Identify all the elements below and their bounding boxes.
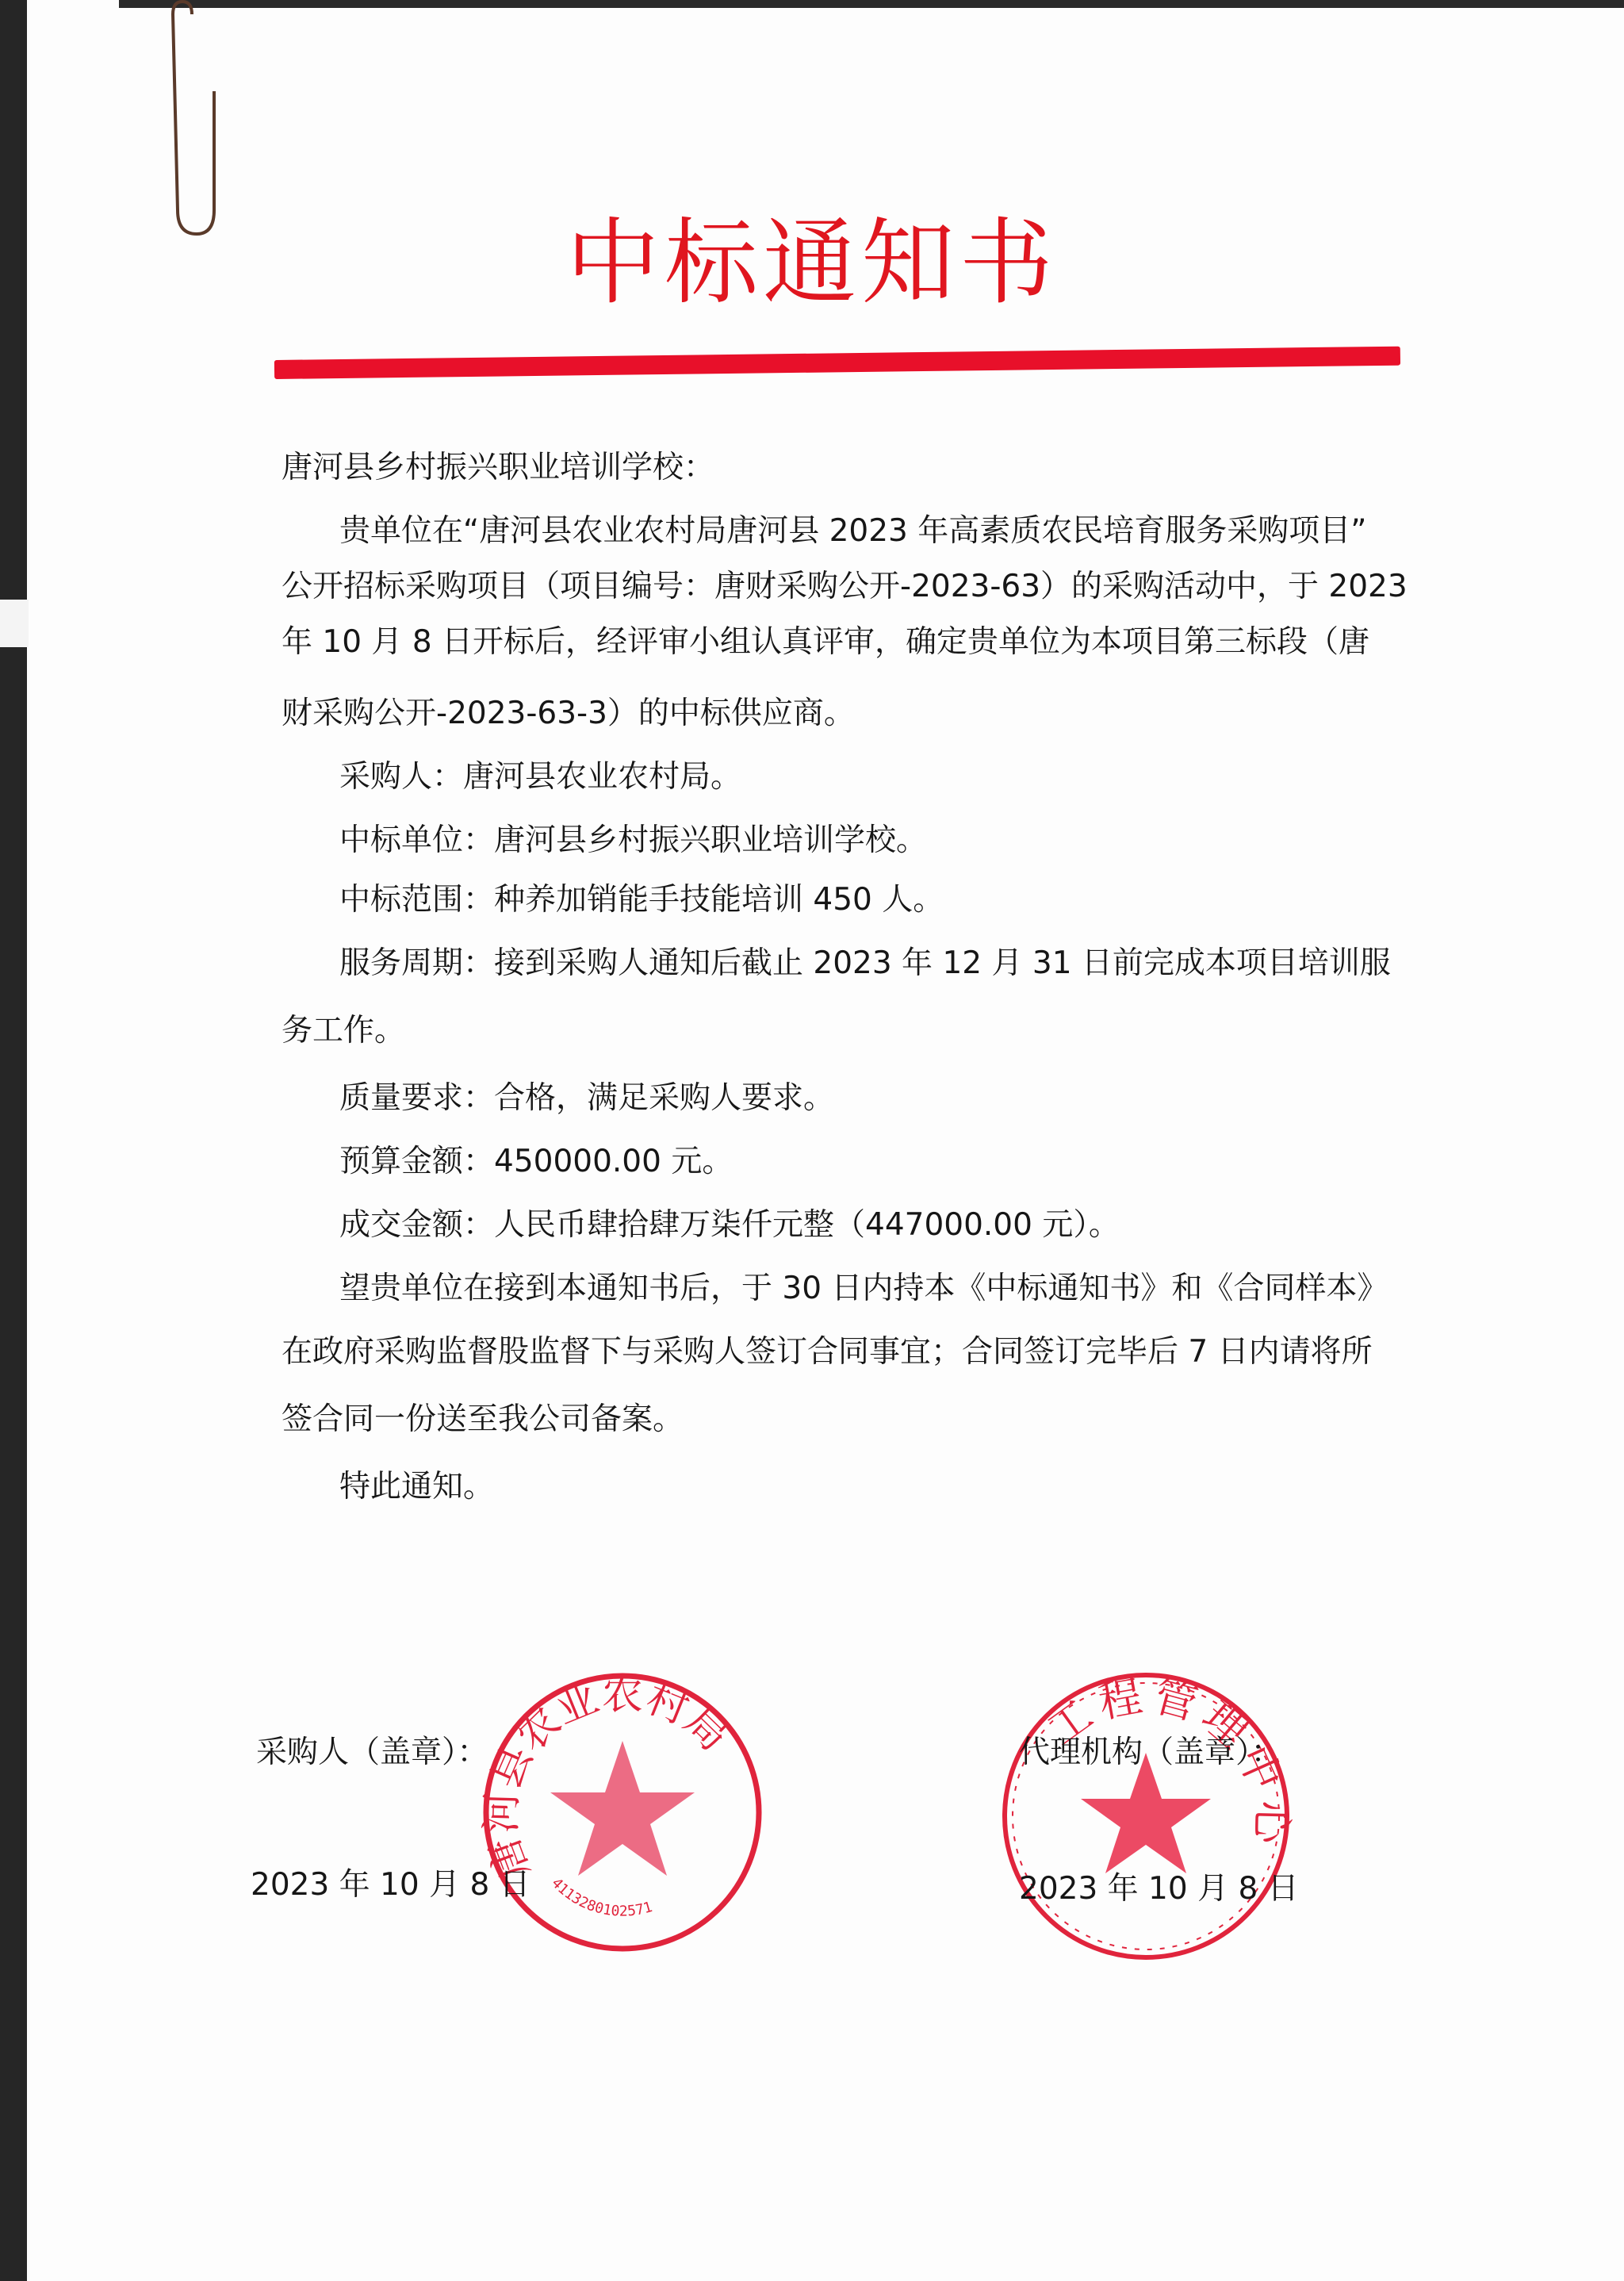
document-title: 中标通知书 (0, 216, 1624, 309)
body-paragraph-line: 贵单位在“唐河县农业农村局唐河县 2023 年高素质农民培育服务采购项目” (339, 516, 1366, 546)
field-label: 预算金额： (339, 1144, 494, 1179)
seal-code: 4113280102571 (548, 1875, 654, 1920)
field-label: 服务周期： (339, 945, 494, 981)
title-divider (274, 347, 1400, 379)
purchaser-seal-label: 采购人（盖章）： (256, 1727, 488, 1772)
closing-line: 签合同一份送至我公司备案。 (282, 1404, 684, 1435)
field-label: 中标范围： (339, 882, 494, 918)
field-value: 合格，满足采购人要求。 (494, 1080, 834, 1116)
purchaser-date: 2023 年 10 月 8 日 (251, 1860, 530, 1904)
field-deal-amount: 成交金额：人民币肆拾肆万柒仟元整（447000.00 元）。 (339, 1210, 1120, 1240)
photo-edge-left (0, 0, 27, 2281)
addressee: 唐河县乡村振兴职业培训学校： (282, 452, 714, 483)
field-winner: 中标单位：唐河县乡村振兴职业培训学校。 (339, 825, 927, 856)
paperclip-icon (167, 0, 222, 238)
body-paragraph-line: 公开招标采购项目（项目编号：唐财采购公开-2023-63）的采购活动中，于 20… (282, 571, 1408, 602)
agent-date: 2023 年 10 月 8 日 (1019, 1864, 1299, 1908)
closing-line: 在政府采购监督股监督下与采购人签订合同事宜；合同签订完毕后 7 日内请将所 (282, 1336, 1373, 1367)
field-service-period: 服务周期：接到采购人通知后截止 2023 年 12 月 31 日前完成本项目培训… (339, 948, 1391, 979)
field-value: 接到采购人通知后截止 2023 年 12 月 31 日前完成本项目培训服 (494, 945, 1391, 981)
purchaser-seal-icon: 唐河县农业农村局 4113280102571 (476, 1666, 769, 1959)
field-service-period-continuation: 务工作。 (282, 1015, 405, 1046)
field-value: 唐河县乡村振兴职业培训学校。 (494, 822, 927, 858)
body-paragraph-line: 财采购公开-2023-63-3）的中标供应商。 (282, 698, 855, 729)
field-value: 唐河县农业农村局。 (463, 759, 741, 795)
field-value: 人民币肆拾肆万柒仟元整（447000.00 元）。 (494, 1207, 1120, 1243)
field-value: 种养加销能手技能培训 450 人。 (494, 882, 944, 918)
field-budget: 预算金额：450000.00 元。 (339, 1146, 733, 1177)
field-purchaser: 采购人：唐河县农业农村局。 (339, 761, 741, 792)
field-label: 质量要求： (339, 1080, 494, 1116)
field-quality: 质量要求：合格，满足采购人要求。 (339, 1083, 834, 1114)
agent-seal-icon: 工程管理中心 (995, 1666, 1297, 1967)
photo-edge-top (119, 0, 1624, 8)
notice-end: 特此通知。 (339, 1471, 494, 1502)
closing-line: 望贵单位在接到本通知书后，于 30 日内持本《中标通知书》和《合同样本》 (339, 1273, 1388, 1304)
svg-text:4113280102571: 4113280102571 (548, 1875, 654, 1920)
photo-edge-gap (0, 600, 29, 647)
field-scope: 中标范围：种养加销能手技能培训 450 人。 (339, 884, 944, 915)
field-label: 中标单位： (339, 822, 494, 858)
field-label: 采购人： (339, 759, 463, 795)
field-label: 成交金额： (339, 1207, 494, 1243)
body-paragraph-line: 年 10 月 8 日开标后，经评审小组认真评审，确定贵单位为本项目第三标段（唐 (282, 627, 1369, 657)
field-value: 450000.00 元。 (494, 1144, 733, 1179)
agent-seal-label: 代理机构（盖章）： (1019, 1727, 1282, 1772)
